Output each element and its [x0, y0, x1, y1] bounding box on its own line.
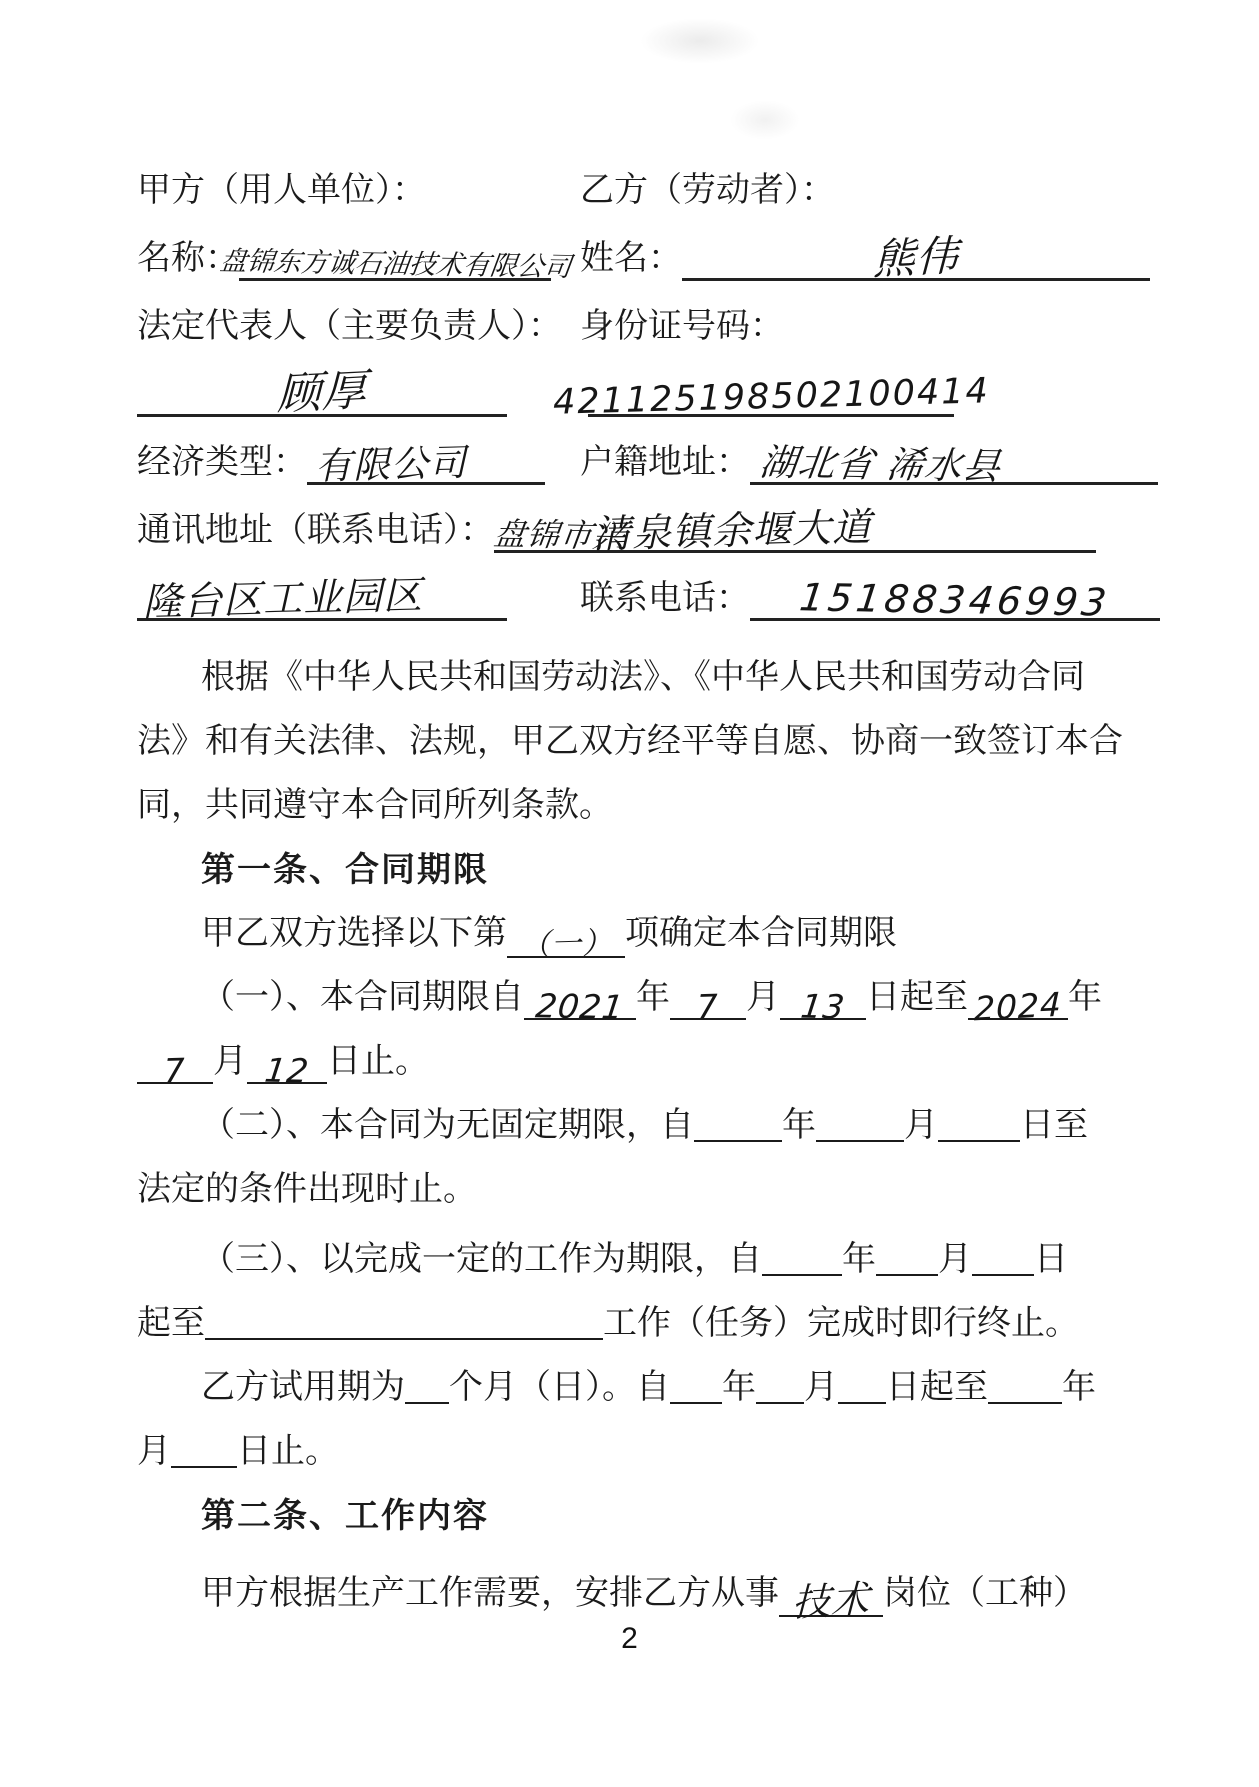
handwritten-company-name: 盘锦东方诚石油技术有限公司	[218, 249, 572, 281]
item2-seg3: 月	[904, 1107, 938, 1144]
economic-type-row: 经济类型： 有限公司	[137, 424, 580, 492]
end-day-field: 12	[247, 1044, 327, 1084]
legal-rep-field: 顾厚	[137, 363, 507, 417]
article1-item1-line1: （一）、本合同期限自2021年7月13日起至2024年	[137, 966, 1147, 1030]
handwritten-end-month: 7	[164, 1055, 187, 1087]
probation-line1: 乙方试用期为个月（日）。自年月日起至年	[137, 1356, 1147, 1420]
item3-year-blank	[762, 1236, 842, 1276]
legal-rep-value-row: 顾厚	[137, 356, 580, 424]
worker-name-field: 熊伟	[682, 227, 1150, 281]
article1-item1-line2: 7月12日止。	[137, 1030, 1147, 1094]
phone-label: 联系电话：	[580, 570, 750, 619]
item3-day-blank	[972, 1236, 1034, 1276]
item3-seg1: （三）、以完成一定的工作为期限，自	[201, 1241, 762, 1278]
registered-address-row: 户籍地址： 湖北省 浠水县	[580, 424, 1170, 492]
legal-rep-label: 法定代表人（主要负责人）：	[137, 298, 562, 347]
probation-seg2: 个月（日）。自	[449, 1369, 670, 1406]
handwritten-id-number: 421125198502100414	[552, 375, 990, 420]
probation-start-day-blank	[838, 1364, 886, 1404]
item1-seg4: 日起至	[866, 979, 968, 1016]
article1-item3-line2: 起至工作（任务）完成时即行终止。	[137, 1292, 1147, 1356]
id-value-row: 421125198502100414	[580, 356, 1170, 424]
article1-item2-line1: （二）、本合同为无固定期限，自年月日至	[137, 1094, 1147, 1158]
article2-heading-text: 第二条、工作内容	[201, 1497, 489, 1535]
registered-address-row-2: 清泉镇余堰大道	[580, 492, 1170, 560]
legal-rep-label-row: 法定代表人（主要负责人）：	[137, 288, 580, 356]
handwritten-phone: 15188346993	[798, 579, 1112, 620]
select-line-post: 项确定本合同期限	[625, 915, 897, 952]
item2-year-blank	[694, 1102, 782, 1142]
item1-seg6: 月	[213, 1043, 247, 1080]
probation-length-blank	[405, 1364, 449, 1404]
probation-seg5: 日起至	[886, 1369, 988, 1406]
item2-month-blank	[816, 1102, 904, 1142]
article1-heading-text: 第一条、合同期限	[201, 851, 489, 889]
item3-line2-post: 工作（任务）完成时即行终止。	[603, 1305, 1079, 1342]
select-line-pre: 甲乙双方选择以下第	[201, 915, 507, 952]
preamble-line-2: 法》和有关法律、法规，甲乙双方经平等自愿、协商一致签订本合	[137, 710, 1147, 774]
registered-address-label: 户籍地址：	[580, 434, 750, 483]
registered-address-field-1: 湖北省 浠水县	[750, 431, 1158, 485]
id-number-field: 421125198502100414	[588, 363, 954, 417]
item1-seg3: 月	[746, 979, 780, 1016]
probation-end-day-blank	[171, 1428, 237, 1468]
item2-day-blank	[938, 1102, 1020, 1142]
start-year-field: 2021	[524, 980, 636, 1020]
party-b-title: 乙方（劳动者）：	[580, 162, 835, 211]
handwritten-start-day: 13	[799, 991, 847, 1023]
page-number: 2	[0, 1622, 1259, 1656]
contact-address-field-2: 隆台区工业园区	[137, 567, 507, 621]
item3-month-blank	[876, 1236, 938, 1276]
handwritten-term-choice: （一）	[519, 930, 613, 961]
company-name-field: 盘锦东方诚石油技术有限公司	[239, 227, 551, 281]
handwritten-worker-name: 熊伟	[873, 236, 960, 280]
article2-heading: 第二条、工作内容	[137, 1484, 1147, 1548]
handwritten-economic-type: 有限公司	[315, 445, 468, 484]
item1-seg2: 年	[636, 979, 670, 1016]
probation-seg4: 月	[804, 1369, 838, 1406]
preamble-text-2: 法》和有关法律、法规，甲乙双方经平等自愿、协商一致签订本合	[137, 723, 1123, 760]
worker-name-row: 姓名： 熊伟	[580, 220, 1170, 288]
probation-end-year-blank	[988, 1364, 1062, 1404]
end-year-field: 2024	[968, 980, 1068, 1020]
probation-line2-seg1: 月	[137, 1433, 171, 1470]
registered-address-field-2: 清泉镇余堰大道	[588, 499, 1096, 553]
worker-name-label: 姓名：	[580, 230, 682, 279]
preamble-text-3: 同，共同遵守本合同所列条款。	[137, 787, 613, 824]
probation-start-month-blank	[756, 1364, 804, 1404]
start-day-field: 13	[780, 980, 866, 1020]
article1-select-line: 甲乙双方选择以下第（一）项确定本合同期限	[137, 902, 1147, 966]
probation-seg6: 年	[1062, 1369, 1096, 1406]
phone-row: 联系电话： 15188346993	[580, 560, 1170, 628]
phone-field: 15188346993	[750, 567, 1160, 621]
item3-seg3: 月	[938, 1241, 972, 1278]
end-month-field: 7	[137, 1044, 213, 1084]
contract-page: 甲方（用人单位）： 名称： 盘锦东方诚石油技术有限公司 法定代表人（主要负责人）…	[0, 0, 1259, 1787]
handwritten-start-year: 2021	[534, 990, 626, 1023]
handwritten-registered-address-2: 清泉镇余堰大道	[592, 509, 873, 553]
handwritten-position: 技术	[792, 1581, 871, 1621]
item2-seg1: （二）、本合同为无固定期限，自	[201, 1107, 694, 1144]
item1-seg1: （一）、本合同期限自	[201, 979, 524, 1016]
item3-seg4: 日	[1034, 1241, 1068, 1278]
preamble-line-1: 根据《中华人民共和国劳动法》、《中华人民共和国劳动合同	[137, 646, 1147, 710]
handwritten-registered-address-1: 湖北省 浠水县	[758, 445, 1003, 484]
position-field: 技术	[779, 1577, 883, 1617]
probation-seg3: 年	[722, 1369, 756, 1406]
term-choice-field: （一）	[507, 918, 625, 958]
party-b-column: 乙方（劳动者）： 姓名： 熊伟 身份证号码： 42112519850210041…	[580, 152, 1170, 628]
item1-seg7: 日止。	[327, 1043, 429, 1080]
id-label-row: 身份证号码：	[580, 288, 1170, 356]
item2-seg4: 日至	[1020, 1107, 1088, 1144]
item3-seg2: 年	[842, 1241, 876, 1278]
preamble-line-3: 同，共同遵守本合同所列条款。	[137, 774, 1147, 838]
item1-seg5: 年	[1068, 979, 1102, 1016]
preamble-text-1: 根据《中华人民共和国劳动法》、《中华人民共和国劳动合同	[201, 659, 1085, 696]
handwritten-end-day: 12	[263, 1055, 311, 1087]
party-a-title: 甲方（用人单位）：	[137, 162, 426, 211]
probation-start-year-blank	[670, 1364, 722, 1404]
contact-address-row-2: 隆台区工业园区	[137, 560, 580, 628]
work-line-post: 岗位（工种）	[883, 1575, 1087, 1612]
economic-type-label: 经济类型：	[137, 434, 307, 483]
economic-type-field: 有限公司	[307, 431, 545, 485]
item2-seg2: 年	[782, 1107, 816, 1144]
item2-line2-text: 法定的条件出现时止。	[137, 1171, 477, 1208]
handwritten-contact-address-2: 隆台区工业园区	[143, 577, 424, 621]
handwritten-start-month: 7	[697, 991, 720, 1023]
contact-address-field-1: 盘锦市兴	[494, 499, 594, 553]
item3-line2-pre: 起至	[137, 1305, 205, 1342]
probation-line2: 月日止。	[137, 1420, 1147, 1484]
contact-address-label: 通讯地址（联系电话）：	[137, 502, 494, 551]
probation-line2-seg2: 日止。	[237, 1433, 339, 1470]
article1-heading: 第一条、合同期限	[137, 838, 1147, 902]
article1-item2-line2: 法定的条件出现时止。	[137, 1158, 1147, 1222]
article2-work-line: 甲方根据生产工作需要，安排乙方从事技术岗位（工种）	[137, 1562, 1147, 1626]
party-a-name-row: 名称： 盘锦东方诚石油技术有限公司	[137, 220, 580, 288]
party-b-title-row: 乙方（劳动者）：	[580, 152, 1170, 220]
id-number-label: 身份证号码：	[580, 298, 784, 347]
handwritten-legal-rep: 顾厚	[277, 370, 368, 417]
work-line-pre: 甲方根据生产工作需要，安排乙方从事	[201, 1575, 779, 1612]
handwritten-end-year: 2024	[974, 989, 1062, 1025]
article1-item3-line1: （三）、以完成一定的工作为期限，自年月日	[137, 1228, 1147, 1292]
item3-task-blank	[205, 1300, 603, 1340]
probation-seg1: 乙方试用期为	[201, 1369, 405, 1406]
parties-section: 甲方（用人单位）： 名称： 盘锦东方诚石油技术有限公司 法定代表人（主要负责人）…	[137, 152, 1170, 628]
party-a-column: 甲方（用人单位）： 名称： 盘锦东方诚石油技术有限公司 法定代表人（主要负责人）…	[137, 152, 580, 628]
contact-address-row: 通讯地址（联系电话）： 盘锦市兴	[137, 492, 580, 560]
contract-body: 根据《中华人民共和国劳动法》、《中华人民共和国劳动合同 法》和有关法律、法规，甲…	[137, 646, 1147, 1626]
party-a-title-row: 甲方（用人单位）：	[137, 152, 580, 220]
start-month-field: 7	[670, 980, 746, 1020]
